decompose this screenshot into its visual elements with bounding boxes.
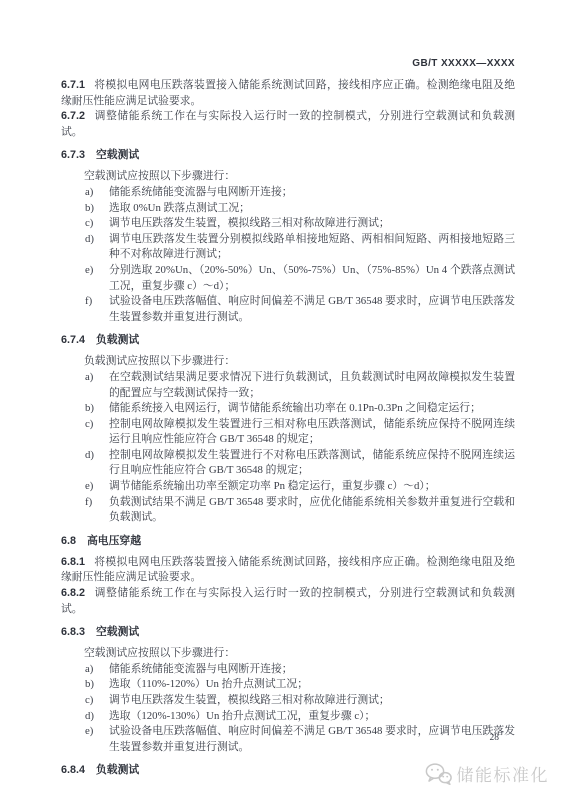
heading-6-7-3: 6.7.3空载测试 (61, 148, 515, 163)
list-item: a)储能系统储能变流器与电网断开连接； (61, 662, 515, 678)
list-item: c)调节电压跌落发生装置，模拟线路三相对称故障进行测试； (61, 693, 515, 709)
wechat-icon (424, 762, 452, 786)
heading-title: 负载测试 (96, 764, 139, 776)
page-number: 28 (490, 733, 500, 743)
clause-6-8-1: 6.8.1将模拟电网电压跌落装置接入储能系统测试回路，接线相序应正确。检测绝缘电… (61, 555, 515, 586)
heading-6-7-4: 6.7.4负载测试 (61, 333, 515, 348)
heading-number: 6.8.3 (61, 626, 85, 638)
list-item-text: 在空载测试结果满足要求情况下进行负载测试，且负载测试时电网故障模拟发生装置的配置… (109, 371, 515, 399)
clause-number: 6.7.1 (61, 79, 85, 91)
clause-6-8-2: 6.8.2调整储能系统工作在与实际投入运行时一致的控制模式，分别进行空载测试和负… (61, 586, 515, 617)
list-item-label: e) (85, 263, 93, 279)
list-item-text: 调节电压跌落发生装置，模拟线路三相对称故障进行测试； (109, 694, 390, 706)
standard-code: GB/T XXXXX—XXXX (61, 58, 515, 69)
list-item: d)调节电压跌落发生装置分别模拟线路单相接地短路、两相相间短路、两相接地短路三种… (61, 232, 515, 263)
list-item-label: b) (85, 677, 94, 693)
list-item-label: f) (85, 495, 92, 511)
list-item: e)分别选取 20%Un、（20%-50%）Un、（50%-75%）Un、（75… (61, 263, 515, 294)
list-item-label: a) (85, 662, 93, 678)
list-item-text: 储能系统储能变流器与电网断开连接； (109, 663, 293, 675)
list-item-text: 选取 0%Un 跌落点测试工况； (109, 202, 250, 214)
steps-list-6-7-4: a)在空载测试结果满足要求情况下进行负载测试，且负载测试时电网故障模拟发生装置的… (61, 370, 515, 526)
list-item: a)储能系统储能变流器与电网断开连接； (61, 185, 515, 201)
heading-number: 6.8.4 (61, 764, 85, 776)
list-item-label: e) (85, 724, 93, 740)
list-item-text: 选取（120%-130%）Un 抬升点测试工况，重复步骤 c）； (109, 710, 375, 722)
heading-number: 6.7.4 (61, 334, 85, 346)
list-item: e)调节储能系统输出功率至额定功率 Pn 稳定运行，重复步骤 c）～d）； (61, 479, 515, 495)
list-item-label: c) (85, 693, 93, 709)
list-item: d)选取（120%-130%）Un 抬升点测试工况，重复步骤 c）； (61, 709, 515, 725)
clause-number: 6.8.1 (61, 556, 85, 568)
heading-title: 空载测试 (96, 626, 139, 638)
heading-number: 6.8 (61, 535, 76, 547)
list-item-label: c) (85, 216, 93, 232)
list-item-text: 调节电压跌落发生装置分别模拟线路单相接地短路、两相相间短路、两相接地短路三种不对… (109, 233, 515, 261)
list-item-text: 分别选取 20%Un、（20%-50%）Un、（50%-75%）Un、（75%-… (109, 264, 515, 292)
list-item: f)试验设备电压跌落幅值、响应时间偏差不满足 GB/T 36548 要求时，应调… (61, 294, 515, 325)
list-item-label: e) (85, 479, 93, 495)
heading-number: 6.7.3 (61, 149, 85, 161)
list-item-text: 控制电网故障模拟发生装置进行三相对称电压跌落测试，储能系统应保持不脱网连续运行且… (109, 418, 515, 446)
list-item: e)试验设备电压跌落幅值、响应时间偏差不满足 GB/T 36548 要求时，应调… (61, 724, 515, 755)
list-item-label: d) (85, 709, 94, 725)
clause-number: 6.7.2 (61, 110, 85, 122)
list-intro: 空载测试应按照以下步骤进行： (84, 169, 515, 185)
document-page: GB/T XXXXX—XXXX 6.7.1将模拟电网电压跌落装置接入储能系统测试… (0, 0, 565, 800)
heading-6-8-3: 6.8.3空载测试 (61, 625, 515, 640)
list-item-text: 储能系统接入电网运行，调节储能系统输出功率在 0.1Pn-0.3Pn 之间稳定运… (109, 402, 481, 414)
list-item: c)调节电压跌落发生装置，模拟线路三相对称故障进行测试； (61, 216, 515, 232)
clause-text: 将模拟电网电压跌落装置接入储能系统测试回路，接线相序应正确。检测绝缘电阻及绝缘耐… (61, 79, 515, 107)
steps-list-6-8-3: a)储能系统储能变流器与电网断开连接； b)选取（110%-120%）Un 抬升… (61, 662, 515, 756)
list-item: f)负载测试结果不满足 GB/T 36548 要求时，应优化储能系统相关参数并重… (61, 495, 515, 526)
heading-title: 空载测试 (96, 149, 139, 161)
brand-watermark: 储能标准化 (424, 761, 550, 786)
list-item-text: 调节储能系统输出功率至额定功率 Pn 稳定运行，重复步骤 c）～d）； (109, 480, 436, 492)
list-item-label: a) (85, 185, 93, 201)
steps-list-6-7-3: a)储能系统储能变流器与电网断开连接； b)选取 0%Un 跌落点测试工况； c… (61, 185, 515, 325)
clause-6-7-2: 6.7.2调整储能系统工作在与实际投入运行时一致的控制模式，分别进行空载测试和负… (61, 109, 515, 140)
list-item-text: 调节电压跌落发生装置，模拟线路三相对称故障进行测试； (109, 217, 390, 229)
list-item: b)选取 0%Un 跌落点测试工况； (61, 201, 515, 217)
clause-text: 将模拟电网电压跌落装置接入储能系统测试回路，接线相序应正确。检测绝缘电阻及绝缘耐… (61, 556, 515, 584)
list-item-label: d) (85, 232, 94, 248)
clause-number: 6.8.2 (61, 587, 85, 599)
list-item-label: b) (85, 401, 94, 417)
list-item: d)控制电网故障模拟发生装置进行不对称电压跌落测试，储能系统应保持不脱网连续运行… (61, 448, 515, 479)
list-item-text: 试验设备电压跌落幅值、响应时间偏差不满足 GB/T 36548 要求时，应调节电… (109, 725, 515, 753)
heading-title: 高电压穿越 (87, 535, 141, 547)
heading-title: 负载测试 (96, 334, 139, 346)
list-intro: 负载测试应按照以下步骤进行： (84, 354, 515, 370)
list-item-label: f) (85, 294, 92, 310)
clause-text: 调整储能系统工作在与实际投入运行时一致的控制模式，分别进行空载测试和负载测试。 (61, 587, 515, 615)
page-content: GB/T XXXXX—XXXX 6.7.1将模拟电网电压跌落装置接入储能系统测试… (61, 58, 515, 784)
list-item-label: a) (85, 370, 93, 386)
list-item: b)选取（110%-120%）Un 抬升点测试工况； (61, 677, 515, 693)
list-item-text: 控制电网故障模拟发生装置进行不对称电压跌落测试，储能系统应保持不脱网连续运行且响… (109, 449, 515, 477)
list-item: c)控制电网故障模拟发生装置进行三相对称电压跌落测试，储能系统应保持不脱网连续运… (61, 417, 515, 448)
list-item-text: 储能系统储能变流器与电网断开连接； (109, 186, 293, 198)
clause-text: 调整储能系统工作在与实际投入运行时一致的控制模式，分别进行空载测试和负载测试。 (61, 110, 515, 138)
list-item-text: 负载测试结果不满足 GB/T 36548 要求时，应优化储能系统相关参数并重复进… (109, 496, 515, 524)
list-item-label: d) (85, 448, 94, 464)
list-item-text: 选取（110%-120%）Un 抬升点测试工况； (109, 678, 308, 690)
heading-6-8: 6.8高电压穿越 (61, 534, 515, 549)
list-item-label: b) (85, 201, 94, 217)
list-item-label: c) (85, 417, 93, 433)
clause-6-7-1: 6.7.1将模拟电网电压跌落装置接入储能系统测试回路，接线相序应正确。检测绝缘电… (61, 78, 515, 109)
list-item: b)储能系统接入电网运行，调节储能系统输出功率在 0.1Pn-0.3Pn 之间稳… (61, 401, 515, 417)
list-item-text: 试验设备电压跌落幅值、响应时间偏差不满足 GB/T 36548 要求时，应调节电… (109, 295, 515, 323)
list-item: a)在空载测试结果满足要求情况下进行负载测试，且负载测试时电网故障模拟发生装置的… (61, 370, 515, 401)
brand-label: 储能标准化 (457, 761, 550, 786)
list-intro: 空载测试应按照以下步骤进行： (84, 646, 515, 662)
